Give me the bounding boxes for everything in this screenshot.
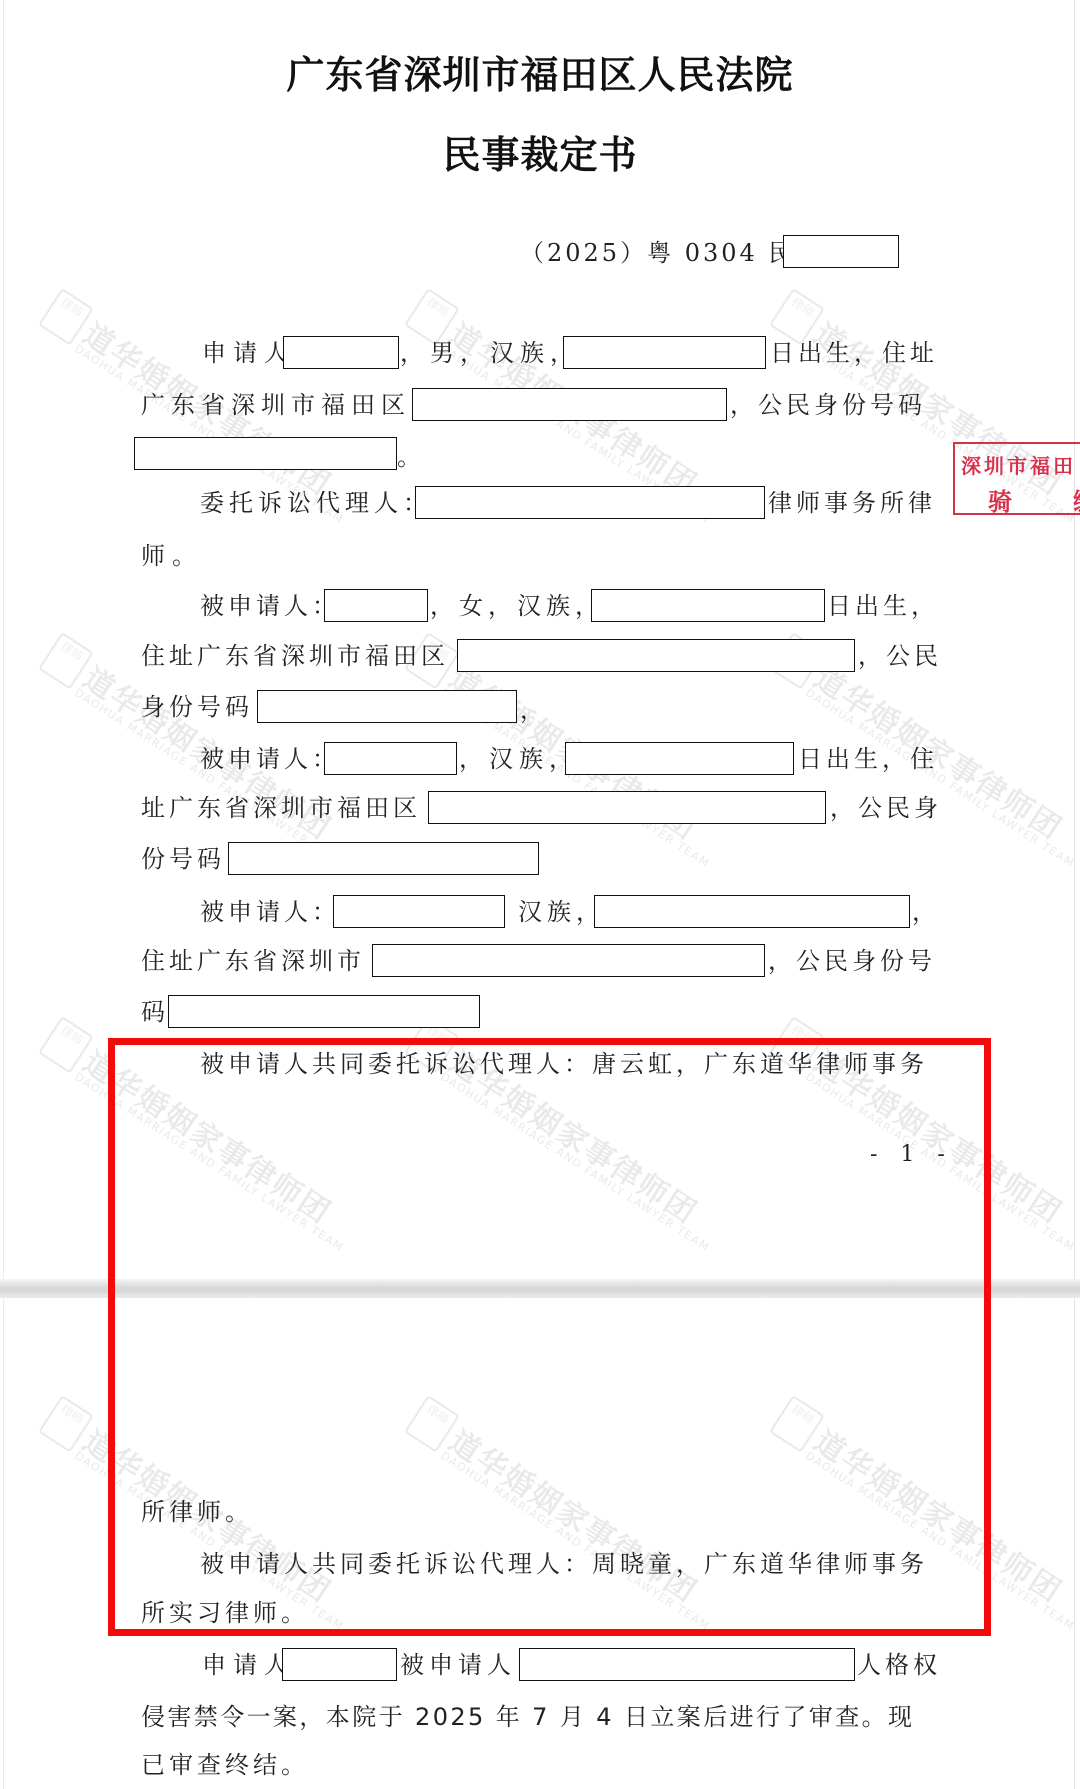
redacted-agent-firm	[415, 486, 765, 519]
respondent2-id-label: ，公民身	[830, 788, 942, 828]
applicant-gender-ethnicity: ，男，汉族，	[400, 333, 580, 373]
applicant-id-label: ，公民身份号码	[730, 385, 926, 425]
redacted-respondent2-address	[428, 791, 826, 824]
respondent1-address-prefix: 住址广东省深圳市福田区	[141, 636, 449, 676]
redacted-respondent2-name	[324, 742, 457, 775]
redacted-summary-respondents	[519, 1648, 855, 1681]
stamp-text: 深圳市福田	[961, 450, 1076, 479]
case-number: （2025）粤 0304 民保	[520, 233, 822, 273]
respondent2-ethnicity: ，汉族，	[459, 739, 579, 779]
redacted-applicant-name	[283, 336, 399, 369]
respondent3-id-label: ，公民身份号	[768, 941, 936, 981]
stamp-char-left: 骑	[988, 482, 1012, 517]
court-name: 广东省深圳市福田区人民法院	[0, 44, 1080, 99]
redacted-respondent2-id	[228, 842, 539, 875]
applicant-birth-address-label: 日出生，住址	[770, 333, 938, 373]
summary-line2: 侵害禁令一案，本院于 2025 年 7 月 4 日立案后进行了审查。现	[141, 1697, 914, 1737]
watermark: 律师 道华婚姻家事律师团 DAOHUA MARRIAGE AND FAMILY …	[0, 632, 364, 929]
redacted-case-number	[783, 235, 899, 268]
respondent3-label: 被申请人：	[200, 892, 340, 932]
redacted-summary-applicant	[282, 1648, 397, 1681]
redacted-applicant-id	[134, 437, 397, 470]
watermark-seal-icon: 律师	[38, 288, 94, 346]
respondent3-ethnicity: 汉族，	[518, 892, 605, 932]
summary-respondent-label: 被申请人	[400, 1645, 516, 1685]
document-type: 民事裁定书	[0, 124, 1080, 179]
watermark: 律师 道华婚姻家事律师团 DAOHUA MARRIAGE AND FAMILY …	[728, 632, 1080, 929]
applicant-period: 。	[397, 437, 428, 477]
respondent1-birth-label: 日出生，	[827, 586, 939, 626]
agent-firm-suffix: 律师事务所律	[768, 483, 936, 523]
agent-label: 委托诉讼代理人：	[200, 483, 432, 523]
redacted-respondent1-name	[324, 589, 428, 622]
respondent3-address-prefix: 住址广东省深圳市	[141, 941, 365, 981]
watermark-seal-icon: 律师	[38, 1395, 94, 1453]
redacted-respondent2-birthdate	[565, 742, 794, 775]
redacted-respondent3-name	[333, 895, 505, 928]
redacted-respondent1-address	[457, 639, 855, 672]
agent-title-cont: 师。	[141, 536, 203, 576]
applicant-label: 申请人	[202, 333, 295, 373]
summary-line3: 已审查终结。	[141, 1745, 309, 1785]
watermark: 律师 道华婚姻家事律师团 DAOHUA MARRIAGE AND FAMILY …	[363, 632, 730, 929]
respondent2-birth-label: 日出生，住	[798, 739, 938, 779]
respondent1-label: 被申请人：	[200, 586, 340, 626]
applicant-address-prefix: 广东省深圳市福田区	[141, 385, 411, 425]
respondent1-gender-ethnicity: ，女，汉族，	[430, 586, 604, 626]
redacted-respondent3-address	[372, 944, 765, 977]
respondent2-id-prefix: 份号码	[141, 839, 225, 879]
highlight-annotation-frame	[108, 1038, 991, 1636]
stamp-char-right: 缝	[1073, 482, 1080, 517]
respondent2-address-prefix: 址广东省深圳市福田区	[141, 788, 421, 828]
redacted-applicant-birthdate	[563, 336, 766, 369]
watermark-seal-icon: 律师	[38, 1016, 94, 1074]
redacted-respondent1-birthdate	[591, 589, 825, 622]
seam-stamp: 深圳市福田 骑 缝	[953, 442, 1080, 515]
watermark-seal-icon: 律师	[38, 632, 94, 690]
redacted-respondent3-birthdate	[594, 895, 910, 928]
redacted-applicant-address	[412, 388, 727, 421]
respondent1-id-prefix: 身份号码	[141, 687, 253, 727]
redacted-respondent3-id	[168, 995, 480, 1028]
page-edge-right	[1074, 0, 1075, 1789]
respondent3-comma: ，	[912, 892, 943, 932]
respondent1-comma: ，	[520, 690, 551, 730]
respondent2-label: 被申请人：	[200, 739, 340, 779]
summary-case-type: 人格权	[857, 1645, 941, 1685]
page-edge-left	[3, 0, 4, 1789]
respondent1-id-label: ，公民	[858, 636, 942, 676]
redacted-respondent1-id	[257, 690, 517, 723]
